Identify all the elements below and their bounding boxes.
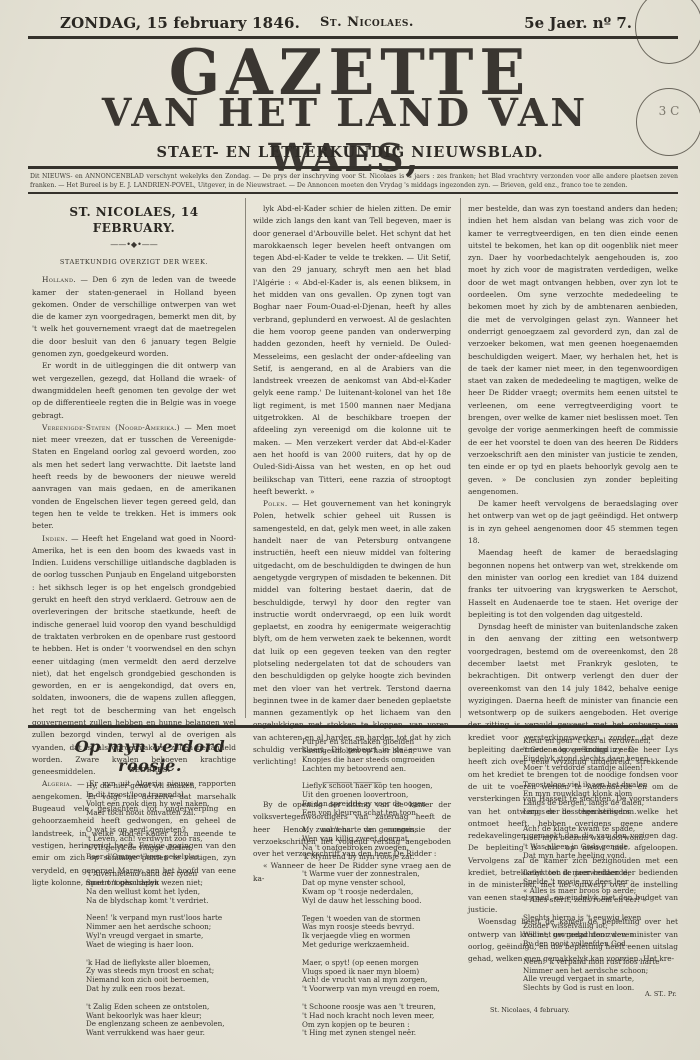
poem-stanza: Lieflyk schoot haer kop ten hoogen,Uit d…	[302, 782, 440, 818]
poem-stanza: O wat is op aerd' genieten?'t Leven, ach…	[86, 826, 225, 862]
poem-signature: A. ST.. Pr.	[645, 990, 677, 998]
poem-column-3: Kleur en geur 't was al verdwenen,'t Gro…	[523, 737, 659, 1002]
article-paragraph: Vereenigde-Staten (Noord-Amerika.) — Men…	[32, 422, 236, 533]
paragraph-lead: Algeria.	[42, 779, 72, 788]
poem-stanza: Neen! 'k verpand mon rust'loos harteNimm…	[523, 958, 659, 994]
poem-place-date: St. Nicolaes, 4 february.	[490, 1006, 570, 1014]
poem-stanza: 't Zalig Eden scheen ze ontstolen,Want b…	[86, 1003, 225, 1039]
poem-line: « Alles sterft, zelfs roem en eer! »	[523, 896, 659, 905]
poem-line: 'k Mymrend by myn roosje zat.	[302, 853, 440, 862]
article-paragraph: De kamer heeft vervolgens de beraedslagi…	[468, 498, 678, 547]
poem-line: Een von kleuren schat ten toon.	[302, 809, 440, 818]
notice-rule	[28, 192, 678, 194]
article-paragraph: Polen. — Het gouvernement van het koning…	[253, 498, 451, 769]
masthead-tagline: STAET- EN LETTERKUNDIG NIEUWSBLAD.	[0, 144, 700, 161]
poem-stanza: Purper en scharlaken gloeidenSaemgesmolt…	[302, 738, 440, 774]
issue-place: St. Nicolaes.	[320, 15, 414, 30]
poem-stanza: Neen! 'k verpand myn rust'loos harteNimm…	[86, 914, 225, 950]
poem-line: Dat hy zulk een roos bezat.	[86, 985, 225, 994]
poem-line: By den nooit volleefden God.	[523, 940, 659, 949]
paragraph-lead: Polen.	[263, 499, 288, 508]
newspaper-page: 3 C ZONDAG, 15 february 1846. St. Nicola…	[0, 0, 700, 1060]
poem-stanza: Maer, o spyt! (op eenen morgenVlugs spoe…	[302, 959, 440, 995]
article-paragraph: Holland. — Den 6 zyn de leden van de twe…	[32, 274, 236, 360]
section-title: STAETKUNDIG OVERZIGT DER WEEK.	[32, 256, 236, 268]
poem-stanza: Tegen 't woeden van de stormenWas myn ro…	[302, 915, 440, 951]
issue-date: ZONDAG, 15 february 1846.	[60, 14, 300, 32]
subscription-notice: Dit NIEUWS- en ANNONCENBLAD verschynt we…	[30, 172, 678, 190]
poem-stanza: Later toen ik meer bedaerde,Spelde 't ro…	[523, 869, 659, 905]
poem-stanza: Slechts hierna is 't eeuwig levenZonder …	[523, 914, 659, 950]
article-paragraph: Maendag heeft de kamer de beraedslaging …	[468, 547, 678, 621]
poem-stanza: Troosteloos viel ik aen het dwalenEn myn…	[523, 781, 659, 817]
ornament-divider: ——•◆•——	[32, 240, 236, 250]
poem-stanza: 't Alvernielend hand der tydenSpaert 't …	[86, 870, 225, 906]
poem-line: Baer d'Ommeet'bren pekelplas.	[86, 853, 225, 862]
poem-stanza: Kleur en geur 't was al verdwenen,'t Gro…	[523, 737, 659, 773]
article-paragraph: Er wordt in de uitleggingen die dit ontw…	[32, 360, 236, 421]
dateline: ZONDAG, 15 february 1846. St. Nicolaes. …	[60, 14, 660, 34]
poem-line: Want verrukkend was haer geur.	[86, 1029, 225, 1038]
poem-line: Moer 't verdorde stamdje alleen!	[523, 764, 659, 773]
article-paragraph: mer bestelde, dan was zyn toestand ander…	[468, 203, 678, 498]
section-heading: ST. NICOLAES, 14 FEBRUARY.	[32, 204, 236, 236]
poem-line: 't Hing met zynen stengel neêr.	[302, 1029, 440, 1038]
poem-line: Langs der bosschen heiligdom.	[523, 808, 659, 817]
poem-line: Na de blydschap komt 't verdriet.	[86, 897, 225, 906]
paragraph-lead: Holland.	[42, 275, 76, 284]
poem-stanza: Hy, die hier genot wil smaken,In dit tro…	[86, 782, 225, 818]
poem-line: Lachten my betoovrend aen.	[302, 765, 440, 774]
poem-stanza: 't Schoone roosje was aen 't treuren,'t …	[302, 1003, 440, 1039]
poem-column-2: Purper en scharlaken gloeidenSaemgesmolt…	[302, 738, 440, 1047]
issue-number: 5e Jaer. nº 7.	[524, 14, 632, 32]
poem-line: Waet de wieging is haer loon.	[86, 941, 225, 950]
poem-stanza: 't Warme vuer der zonnestralen,Dat op my…	[302, 870, 440, 906]
column-divider	[460, 198, 461, 718]
column-divider	[245, 198, 246, 718]
poem-line: Met gedurige werkzaemheid.	[302, 941, 440, 950]
poem-column-1: Hy, die hier genot wil smaken,In dit tro…	[86, 782, 225, 1047]
poem-subtitle: ZEDELES.	[40, 766, 260, 774]
poem-stanza: Ach! de klagte kwam te spade,Heel myn bo…	[523, 825, 659, 861]
poem-line: Dat myn harte heeling vond.	[523, 852, 659, 861]
masthead-rule	[28, 166, 678, 169]
article-paragraph: lyk Abd-el-Kader schier de hielen zitten…	[253, 203, 451, 498]
poem-stanza: My zwol 't harte van genoegen,Wen van ki…	[302, 826, 440, 862]
poem-line: 't Voorwerp van myn vreugd en roem,	[302, 985, 440, 994]
paragraph-lead: Vereenigde-Staten (Noord-Amerika.)	[42, 423, 180, 432]
poem-line: Maer toch nooit omvatten zal.	[86, 809, 225, 818]
poem-line: Wyl de dauw het lessching bood.	[302, 897, 440, 906]
poem-line: Slechts by God is rust en loon.	[523, 984, 659, 993]
feuilleton-rule	[28, 725, 678, 728]
paragraph-lead: Indien.	[42, 534, 68, 543]
article-body: lyk Abd-el-Kader schier de hielen zitten…	[253, 203, 451, 769]
poem-stanza: 'k Had de lieflykste aller bloemen,Zy wa…	[86, 959, 225, 995]
